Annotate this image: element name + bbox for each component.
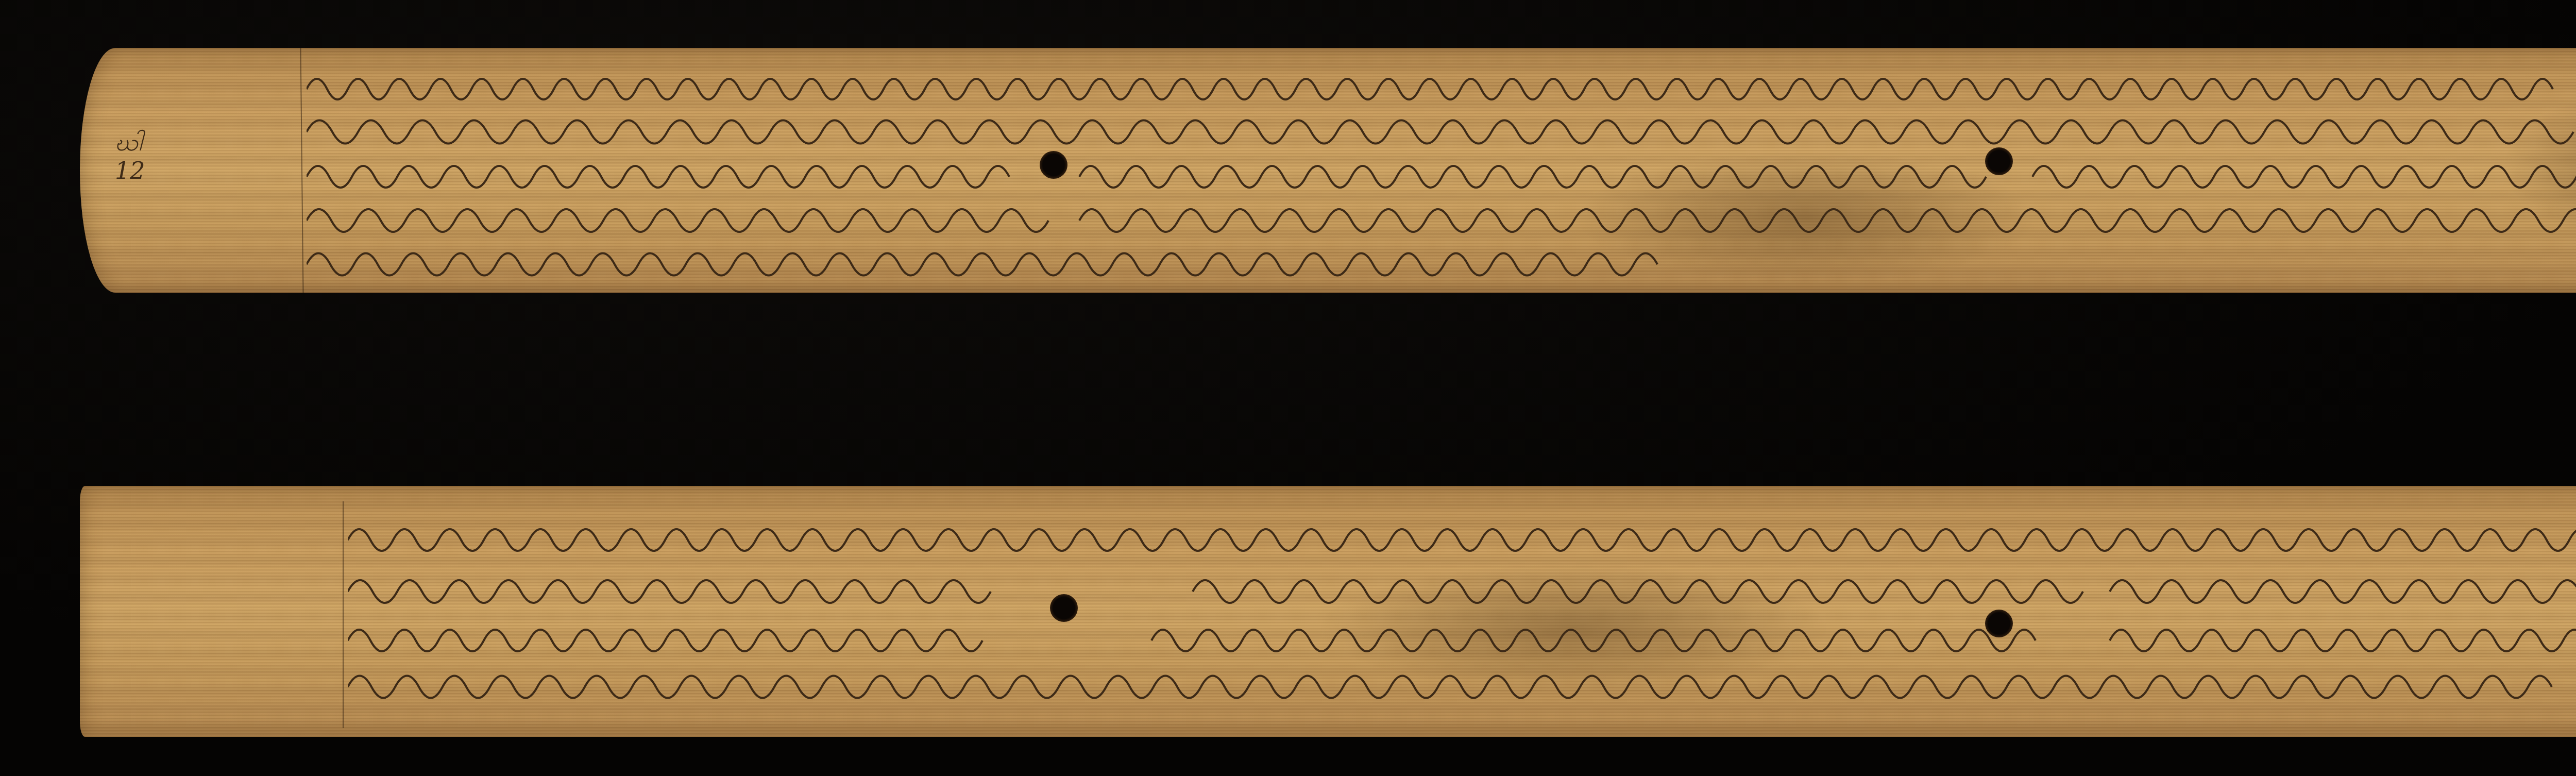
text-line [307, 104, 2576, 150]
text-line [348, 563, 2576, 610]
palm-leaf-bottom: ဗ္ဗုဒကကော ဝဿ္ဗ ... ဂိပဲ သျှ ဘာဒဝ ... ကော… [80, 486, 2576, 737]
folio-number: 12 [115, 159, 145, 182]
margin-rule-line [300, 48, 304, 293]
palm-leaf-top: ဃါ 12 ပြကိ ဟိ လော့ကာ ဂ္ဂရုံး ဤဂျိုး ဟွ .… [80, 48, 2576, 293]
text-line [348, 659, 2576, 705]
text-line [307, 236, 1698, 282]
text-line [348, 612, 2576, 659]
text-line [307, 192, 2576, 239]
margin-rule-line [343, 501, 344, 728]
folio-letter: ဃါ [115, 130, 142, 154]
text-line [348, 512, 2576, 558]
text-line [307, 61, 2576, 107]
text-line [307, 148, 2576, 195]
